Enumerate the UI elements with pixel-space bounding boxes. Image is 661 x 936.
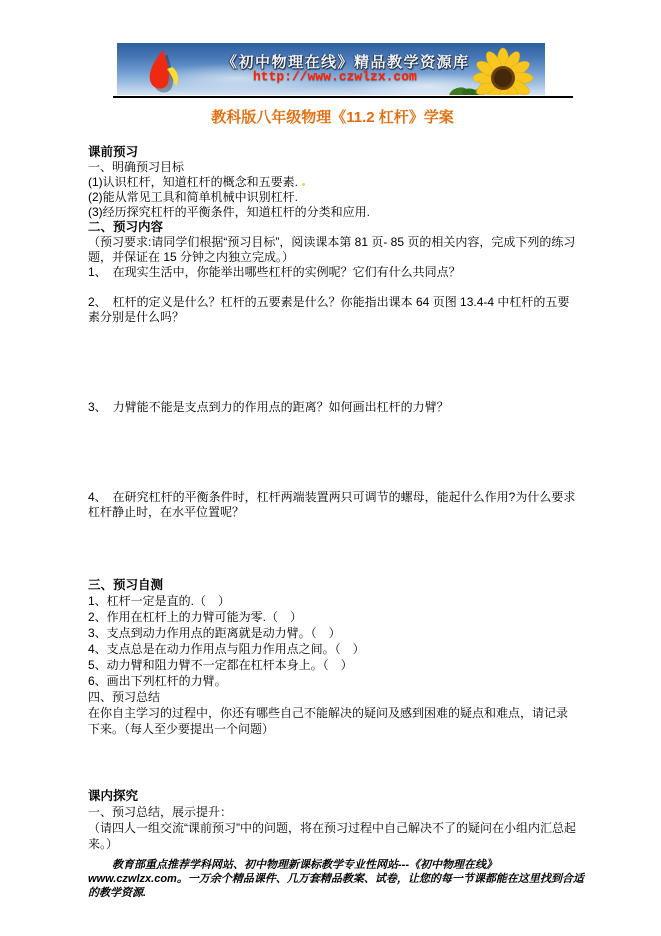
site-url-link[interactable]: http://www.czwlzx.com: [253, 69, 417, 84]
document-page: 《初中物理在线》精品教学资源库 http://www.czwlzx.com: [0, 0, 661, 936]
self-test-item: 6、画出下列杠杆的力臂。: [88, 673, 577, 689]
summary-text: 在你自主学习的过程中，你还有哪些自己不能解决的疑问及感到困难的疑点和难点，请记录…: [88, 705, 577, 737]
self-test-item: 2、作用在杠杆上的力臂可能为零.（ ）: [88, 609, 577, 625]
site-logo-icon: [139, 48, 189, 94]
goals-heading: 一、明确预习目标: [88, 160, 577, 175]
section-heading-self-test: 三、预习自测: [88, 578, 577, 593]
banner-underline: 《初中物理在线》精品教学资源库 http://www.czwlzx.com: [113, 43, 573, 98]
section-heading-in-class: 课内探究: [88, 789, 577, 804]
question-item-1: 1、 在现实生活中，你能举出哪些杠杆的实例呢？它们有什么共同点？: [88, 265, 577, 280]
summary-heading: 四、预习总结: [88, 689, 577, 705]
question-item-4: 4、 在研究杠杆的平衡条件时，杠杆两端装置两只可调节的螺母，能起什么作用?为什么…: [88, 490, 577, 520]
question-item-3: 3、 力臂能不能是支点到力的作用点的距离？如何画出杠杆的力臂？: [88, 400, 577, 415]
self-test-item: 3、支点到动力作用点的距离就是动力臂。（ ）: [88, 625, 577, 641]
stray-yellow-dot: [302, 183, 305, 186]
title-prefix: 教科版八年级物理《: [211, 109, 346, 126]
self-test-item: 5、动力臂和阻力臂不一定都在杠杆本身上。（ ）: [88, 657, 577, 673]
footer-promo: 教育部重点推荐学科网站、初中物理新课标教学专业性网站---《初中物理在线》www…: [88, 858, 585, 900]
self-test-item: 1、杠杆一定是直的.（ ）: [88, 593, 577, 609]
goal-item: (3)经历探究杠杆的平衡条件，知道杠杆的分类和应用.: [88, 205, 577, 220]
title-lesson-number: 11.2 杠杆: [346, 109, 409, 126]
self-test-item: 4、支点总是在动力作用点与阻力作用点之间。（ ）: [88, 641, 577, 657]
site-banner: 《初中物理在线》精品教学资源库 http://www.czwlzx.com: [117, 43, 545, 95]
section-heading-pre-class: 课前预习: [88, 145, 577, 160]
document-title: 教科版八年级物理《11.2 杠杆》学案: [88, 108, 577, 128]
title-suffix: 》学案: [409, 109, 454, 126]
question-item-2: 2、 杠杆的定义是什么？杠杆的五要素是什么？你能指出课本 64 页图 13.4-…: [88, 295, 577, 325]
in-class-note: （请四人一组交流“课前预习”中的问题，将在预习过程中自己解决不了的疑问在小组内汇…: [88, 820, 577, 852]
content-note: （预习要求:请同学们根据“预习目标”，阅读课本第 81 页- 85 页的相关内容…: [88, 235, 577, 265]
document-content: 教科版八年级物理《11.2 杠杆》学案 课前预习 一、明确预习目标 (1)认识杠…: [88, 108, 577, 900]
in-class-sub-heading: 一、预习总结，展示提升：: [88, 804, 577, 820]
goal-item: (2)能从常见工具和简单机械中识别杠杆.: [88, 190, 577, 205]
goal-item: (1)认识杠杆，知道杠杆的概念和五要素.: [88, 175, 577, 190]
section-heading-content: 二、预习内容: [88, 220, 577, 235]
sunflower-image: [465, 45, 541, 95]
